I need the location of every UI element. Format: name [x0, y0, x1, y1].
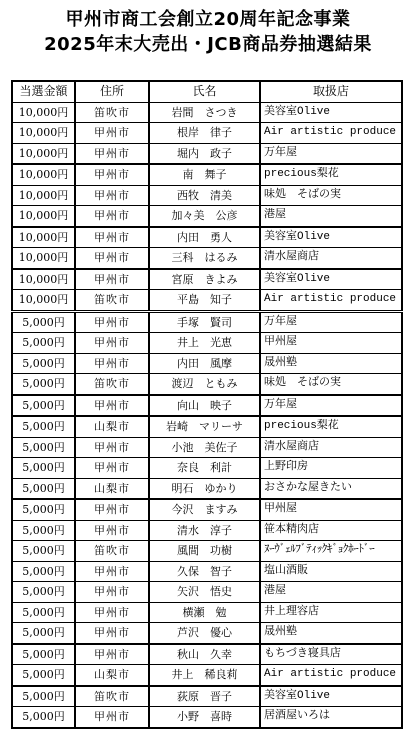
header-amount: 当選金額	[12, 81, 75, 102]
amount-cell: 5,000円	[12, 686, 75, 707]
amount-cell: 5,000円	[12, 520, 75, 541]
shop-cell: 万年屋	[260, 143, 402, 164]
name-cell: 渡辺 ともみ	[149, 374, 260, 395]
table-row: 5,000円甲州市久保 智子塩山酒販	[12, 561, 402, 582]
table-row: 5,000円甲州市内田 風摩晟州塾	[12, 353, 402, 374]
name-cell: 小池 美佐子	[149, 437, 260, 458]
address-cell: 甲州市	[75, 561, 149, 582]
amount-cell: 5,000円	[12, 478, 75, 499]
shop-cell: 笹本精肉店	[260, 520, 402, 541]
table-row: 10,000円甲州市西牧 清美味処 そばの実	[12, 185, 402, 206]
shop-cell: precious梨花	[260, 416, 402, 437]
shop-cell: 美容室Olive	[260, 269, 402, 290]
name-cell: 横瀬 勉	[149, 602, 260, 623]
amount-cell: 5,000円	[12, 458, 75, 479]
amount-cell: 5,000円	[12, 416, 75, 437]
name-cell: 荻原 晋子	[149, 686, 260, 707]
table-row: 10,000円笛吹市平島 知子Air artistic produce	[12, 290, 402, 312]
name-cell: 加々美 公彦	[149, 206, 260, 227]
address-cell: 笛吹市	[75, 374, 149, 395]
table-row: 10,000円甲州市南 舞子precious梨花	[12, 164, 402, 185]
shop-cell: Air artistic produce	[260, 290, 402, 312]
shop-cell: 港屋	[260, 206, 402, 227]
address-cell: 山梨市	[75, 665, 149, 686]
shop-cell: 甲州屋	[260, 333, 402, 354]
amount-cell: 10,000円	[12, 290, 75, 312]
address-cell: 甲州市	[75, 227, 149, 248]
table-row: 10,000円甲州市加々美 公彦港屋	[12, 206, 402, 227]
name-cell: 矢沢 悟史	[149, 582, 260, 603]
name-cell: 奈良 利計	[149, 458, 260, 479]
name-cell: 手塚 賢司	[149, 311, 260, 333]
amount-cell: 5,000円	[12, 707, 75, 728]
table-row: 5,000円甲州市井上 光恵甲州屋	[12, 333, 402, 354]
name-cell: 井上 光恵	[149, 333, 260, 354]
shop-cell: 清水屋商店	[260, 437, 402, 458]
address-cell: 甲州市	[75, 395, 149, 417]
address-cell: 甲州市	[75, 248, 149, 269]
table-row: 10,000円笛吹市岩間 さつき美容室Olive	[12, 102, 402, 123]
header-address: 住所	[75, 81, 149, 102]
name-cell: 久保 智子	[149, 561, 260, 582]
shop-cell: 港屋	[260, 582, 402, 603]
address-cell: 甲州市	[75, 582, 149, 603]
amount-cell: 10,000円	[12, 164, 75, 185]
amount-cell: 10,000円	[12, 248, 75, 269]
address-cell: 甲州市	[75, 353, 149, 374]
shop-cell: 甲州屋	[260, 499, 402, 520]
address-cell: 甲州市	[75, 123, 149, 144]
address-cell: 甲州市	[75, 458, 149, 479]
shop-cell: 上野印房	[260, 458, 402, 479]
table-row: 5,000円山梨市明石 ゆかりおさかな屋きたい	[12, 478, 402, 499]
amount-cell: 5,000円	[12, 623, 75, 644]
name-cell: 清水 淳子	[149, 520, 260, 541]
shop-cell: 味処 そばの実	[260, 374, 402, 395]
address-cell: 笛吹市	[75, 686, 149, 707]
name-cell: 小野 喜時	[149, 707, 260, 728]
address-cell: 甲州市	[75, 269, 149, 290]
name-cell: 平島 知子	[149, 290, 260, 312]
address-cell: 笛吹市	[75, 290, 149, 312]
name-cell: 堀内 政子	[149, 143, 260, 164]
header-name: 氏名	[149, 81, 260, 102]
shop-cell: Air artistic produce	[260, 665, 402, 686]
name-cell: 明石 ゆかり	[149, 478, 260, 499]
shop-cell: ﾇｰｳﾞｪﾙﾌﾞﾃｨｯｸｷﾞｮｸﾎｰﾄﾞｰ	[260, 541, 402, 562]
table-row: 10,000円甲州市宮原 きよみ美容室Olive	[12, 269, 402, 290]
name-cell: 風間 功樹	[149, 541, 260, 562]
name-cell: 内田 勇人	[149, 227, 260, 248]
table-row: 5,000円甲州市向山 映子万年屋	[12, 395, 402, 417]
document-title-line2: 2025年末大売出・JCB商品券抽選結果	[0, 33, 416, 57]
table-row: 5,000円甲州市今沢 ますみ甲州屋	[12, 499, 402, 520]
amount-cell: 5,000円	[12, 374, 75, 395]
address-cell: 甲州市	[75, 164, 149, 185]
address-cell: 甲州市	[75, 644, 149, 665]
name-cell: 岩崎 マリーサ	[149, 416, 260, 437]
name-cell: 西牧 清美	[149, 185, 260, 206]
shop-cell: 居酒屋いろは	[260, 707, 402, 728]
table-row: 5,000円山梨市井上 稀良莉Air artistic produce	[12, 665, 402, 686]
amount-cell: 10,000円	[12, 206, 75, 227]
header-shop: 取扱店	[260, 81, 402, 102]
amount-cell: 5,000円	[12, 665, 75, 686]
shop-cell: precious梨花	[260, 164, 402, 185]
shop-cell: 万年屋	[260, 311, 402, 333]
shop-cell: 塩山酒販	[260, 561, 402, 582]
address-cell: 甲州市	[75, 143, 149, 164]
amount-cell: 10,000円	[12, 123, 75, 144]
document-title-line1: 甲州市商工会創立20周年記念事業	[0, 8, 416, 32]
address-cell: 甲州市	[75, 311, 149, 333]
address-cell: 甲州市	[75, 623, 149, 644]
amount-cell: 5,000円	[12, 541, 75, 562]
table-row: 5,000円甲州市矢沢 悟史港屋	[12, 582, 402, 603]
shop-cell: 万年屋	[260, 395, 402, 417]
table-row: 5,000円甲州市芦沢 優心晟州塾	[12, 623, 402, 644]
table-row: 5,000円笛吹市荻原 晋子美容室Olive	[12, 686, 402, 707]
table-row: 5,000円山梨市岩崎 マリーサprecious梨花	[12, 416, 402, 437]
amount-cell: 5,000円	[12, 333, 75, 354]
shop-cell: 晟州塾	[260, 353, 402, 374]
amount-cell: 10,000円	[12, 269, 75, 290]
address-cell: 甲州市	[75, 206, 149, 227]
address-cell: 山梨市	[75, 416, 149, 437]
address-cell: 笛吹市	[75, 541, 149, 562]
table-row: 10,000円甲州市根岸 律子Air artistic produce	[12, 123, 402, 144]
shop-cell: 美容室Olive	[260, 227, 402, 248]
table-row: 5,000円甲州市小池 美佐子清水屋商店	[12, 437, 402, 458]
amount-cell: 10,000円	[12, 143, 75, 164]
amount-cell: 5,000円	[12, 644, 75, 665]
name-cell: 南 舞子	[149, 164, 260, 185]
address-cell: 山梨市	[75, 478, 149, 499]
address-cell: 甲州市	[75, 707, 149, 728]
amount-cell: 5,000円	[12, 499, 75, 520]
name-cell: 三科 はるみ	[149, 248, 260, 269]
amount-cell: 5,000円	[12, 437, 75, 458]
amount-cell: 10,000円	[12, 185, 75, 206]
shop-cell: Air artistic produce	[260, 123, 402, 144]
shop-cell: 井上理容店	[260, 602, 402, 623]
name-cell: 秋山 久幸	[149, 644, 260, 665]
table-row: 10,000円甲州市内田 勇人美容室Olive	[12, 227, 402, 248]
shop-cell: おさかな屋きたい	[260, 478, 402, 499]
name-cell: 内田 風摩	[149, 353, 260, 374]
table-row: 5,000円甲州市横瀬 勉井上理容店	[12, 602, 402, 623]
address-cell: 甲州市	[75, 185, 149, 206]
table-row: 5,000円甲州市奈良 利計上野印房	[12, 458, 402, 479]
address-cell: 甲州市	[75, 333, 149, 354]
shop-cell: 清水屋商店	[260, 248, 402, 269]
name-cell: 岩間 さつき	[149, 102, 260, 123]
address-cell: 甲州市	[75, 437, 149, 458]
table-row: 5,000円笛吹市渡辺 ともみ味処 そばの実	[12, 374, 402, 395]
address-cell: 笛吹市	[75, 102, 149, 123]
address-cell: 甲州市	[75, 602, 149, 623]
amount-cell: 10,000円	[12, 102, 75, 123]
amount-cell: 5,000円	[12, 602, 75, 623]
table-row: 5,000円甲州市秋山 久幸もちづき寝具店	[12, 644, 402, 665]
table-row: 5,000円甲州市手塚 賢司万年屋	[12, 311, 402, 333]
amount-cell: 5,000円	[12, 395, 75, 417]
table-row: 10,000円甲州市堀内 政子万年屋	[12, 143, 402, 164]
name-cell: 芦沢 優心	[149, 623, 260, 644]
amount-cell: 5,000円	[12, 353, 75, 374]
shop-cell: もちづき寝具店	[260, 644, 402, 665]
shop-cell: 美容室Olive	[260, 686, 402, 707]
table-row: 5,000円甲州市小野 喜時居酒屋いろは	[12, 707, 402, 728]
amount-cell: 5,000円	[12, 582, 75, 603]
shop-cell: 味処 そばの実	[260, 185, 402, 206]
name-cell: 今沢 ますみ	[149, 499, 260, 520]
shop-cell: 美容室Olive	[260, 102, 402, 123]
amount-cell: 10,000円	[12, 227, 75, 248]
table-row: 5,000円笛吹市風間 功樹ﾇｰｳﾞｪﾙﾌﾞﾃｨｯｸｷﾞｮｸﾎｰﾄﾞｰ	[12, 541, 402, 562]
name-cell: 宮原 きよみ	[149, 269, 260, 290]
table-row: 5,000円甲州市清水 淳子笹本精肉店	[12, 520, 402, 541]
amount-cell: 5,000円	[12, 561, 75, 582]
lottery-results-table: 当選金額 住所 氏名 取扱店 10,000円笛吹市岩間 さつき美容室Olive1…	[11, 80, 403, 729]
amount-cell: 5,000円	[12, 311, 75, 333]
address-cell: 甲州市	[75, 499, 149, 520]
address-cell: 甲州市	[75, 520, 149, 541]
table-row: 10,000円甲州市三科 はるみ清水屋商店	[12, 248, 402, 269]
table-header-row: 当選金額 住所 氏名 取扱店	[12, 81, 402, 102]
name-cell: 井上 稀良莉	[149, 665, 260, 686]
name-cell: 根岸 律子	[149, 123, 260, 144]
name-cell: 向山 映子	[149, 395, 260, 417]
shop-cell: 晟州塾	[260, 623, 402, 644]
table-body: 10,000円笛吹市岩間 さつき美容室Olive10,000円甲州市根岸 律子A…	[12, 102, 402, 728]
